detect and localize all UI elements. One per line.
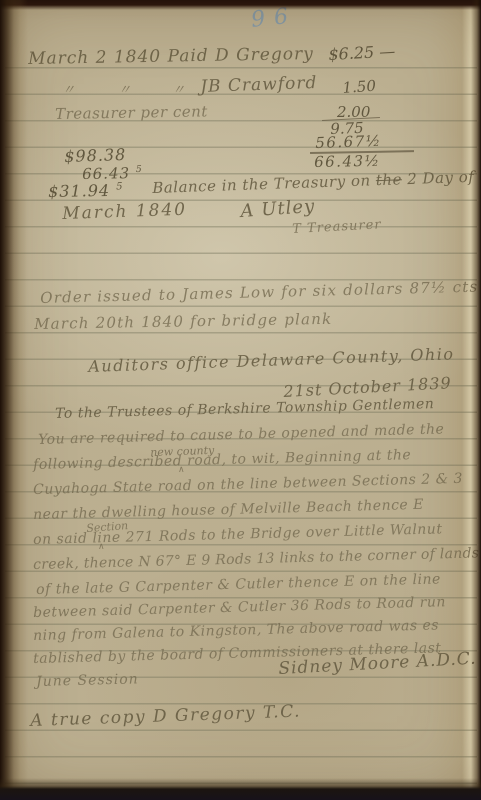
ledger-left-balance: $31.94 5 — [48, 182, 124, 201]
ledger-left-balance-fraction: 5 — [116, 181, 124, 192]
ledger-row2-amount: 1.50 — [342, 78, 376, 97]
ledger-left-total: $98.38 — [64, 146, 127, 166]
ledger-row3-text: Treasurer per cent — [55, 103, 208, 122]
ditto-mark-2: 〃 — [118, 84, 131, 98]
insertion-caret-1: ∧ — [178, 466, 185, 476]
ledger-left-balance-value: $31.94 — [48, 181, 110, 201]
ledger-row2-name: JB Crawford — [200, 74, 318, 97]
ledger-left-sub-fraction: 5 — [136, 164, 143, 175]
ledger-addend: 56.67½ — [315, 133, 382, 152]
ledger-row1-amount: $6.25 — — [328, 42, 396, 63]
binding-edge-top — [0, 0, 481, 10]
letter-body-line-11: June Session — [36, 672, 139, 690]
ditto-mark-1: 〃 — [62, 84, 75, 98]
ditto-mark-3: 〃 — [172, 84, 185, 98]
balance-note-part2: 2 Day of — [407, 168, 475, 188]
insertion-new-county: new county — [150, 445, 214, 459]
ledger-total: 66.43½ — [314, 153, 381, 171]
page-number: 96 — [250, 4, 298, 33]
balance-note-struck-word: the — [376, 170, 403, 189]
balance-date: March 1840 — [62, 201, 187, 224]
ledger-page-scan: 96 March 2 1840 Paid D Gregory $6.25 — 〃… — [0, 0, 481, 800]
